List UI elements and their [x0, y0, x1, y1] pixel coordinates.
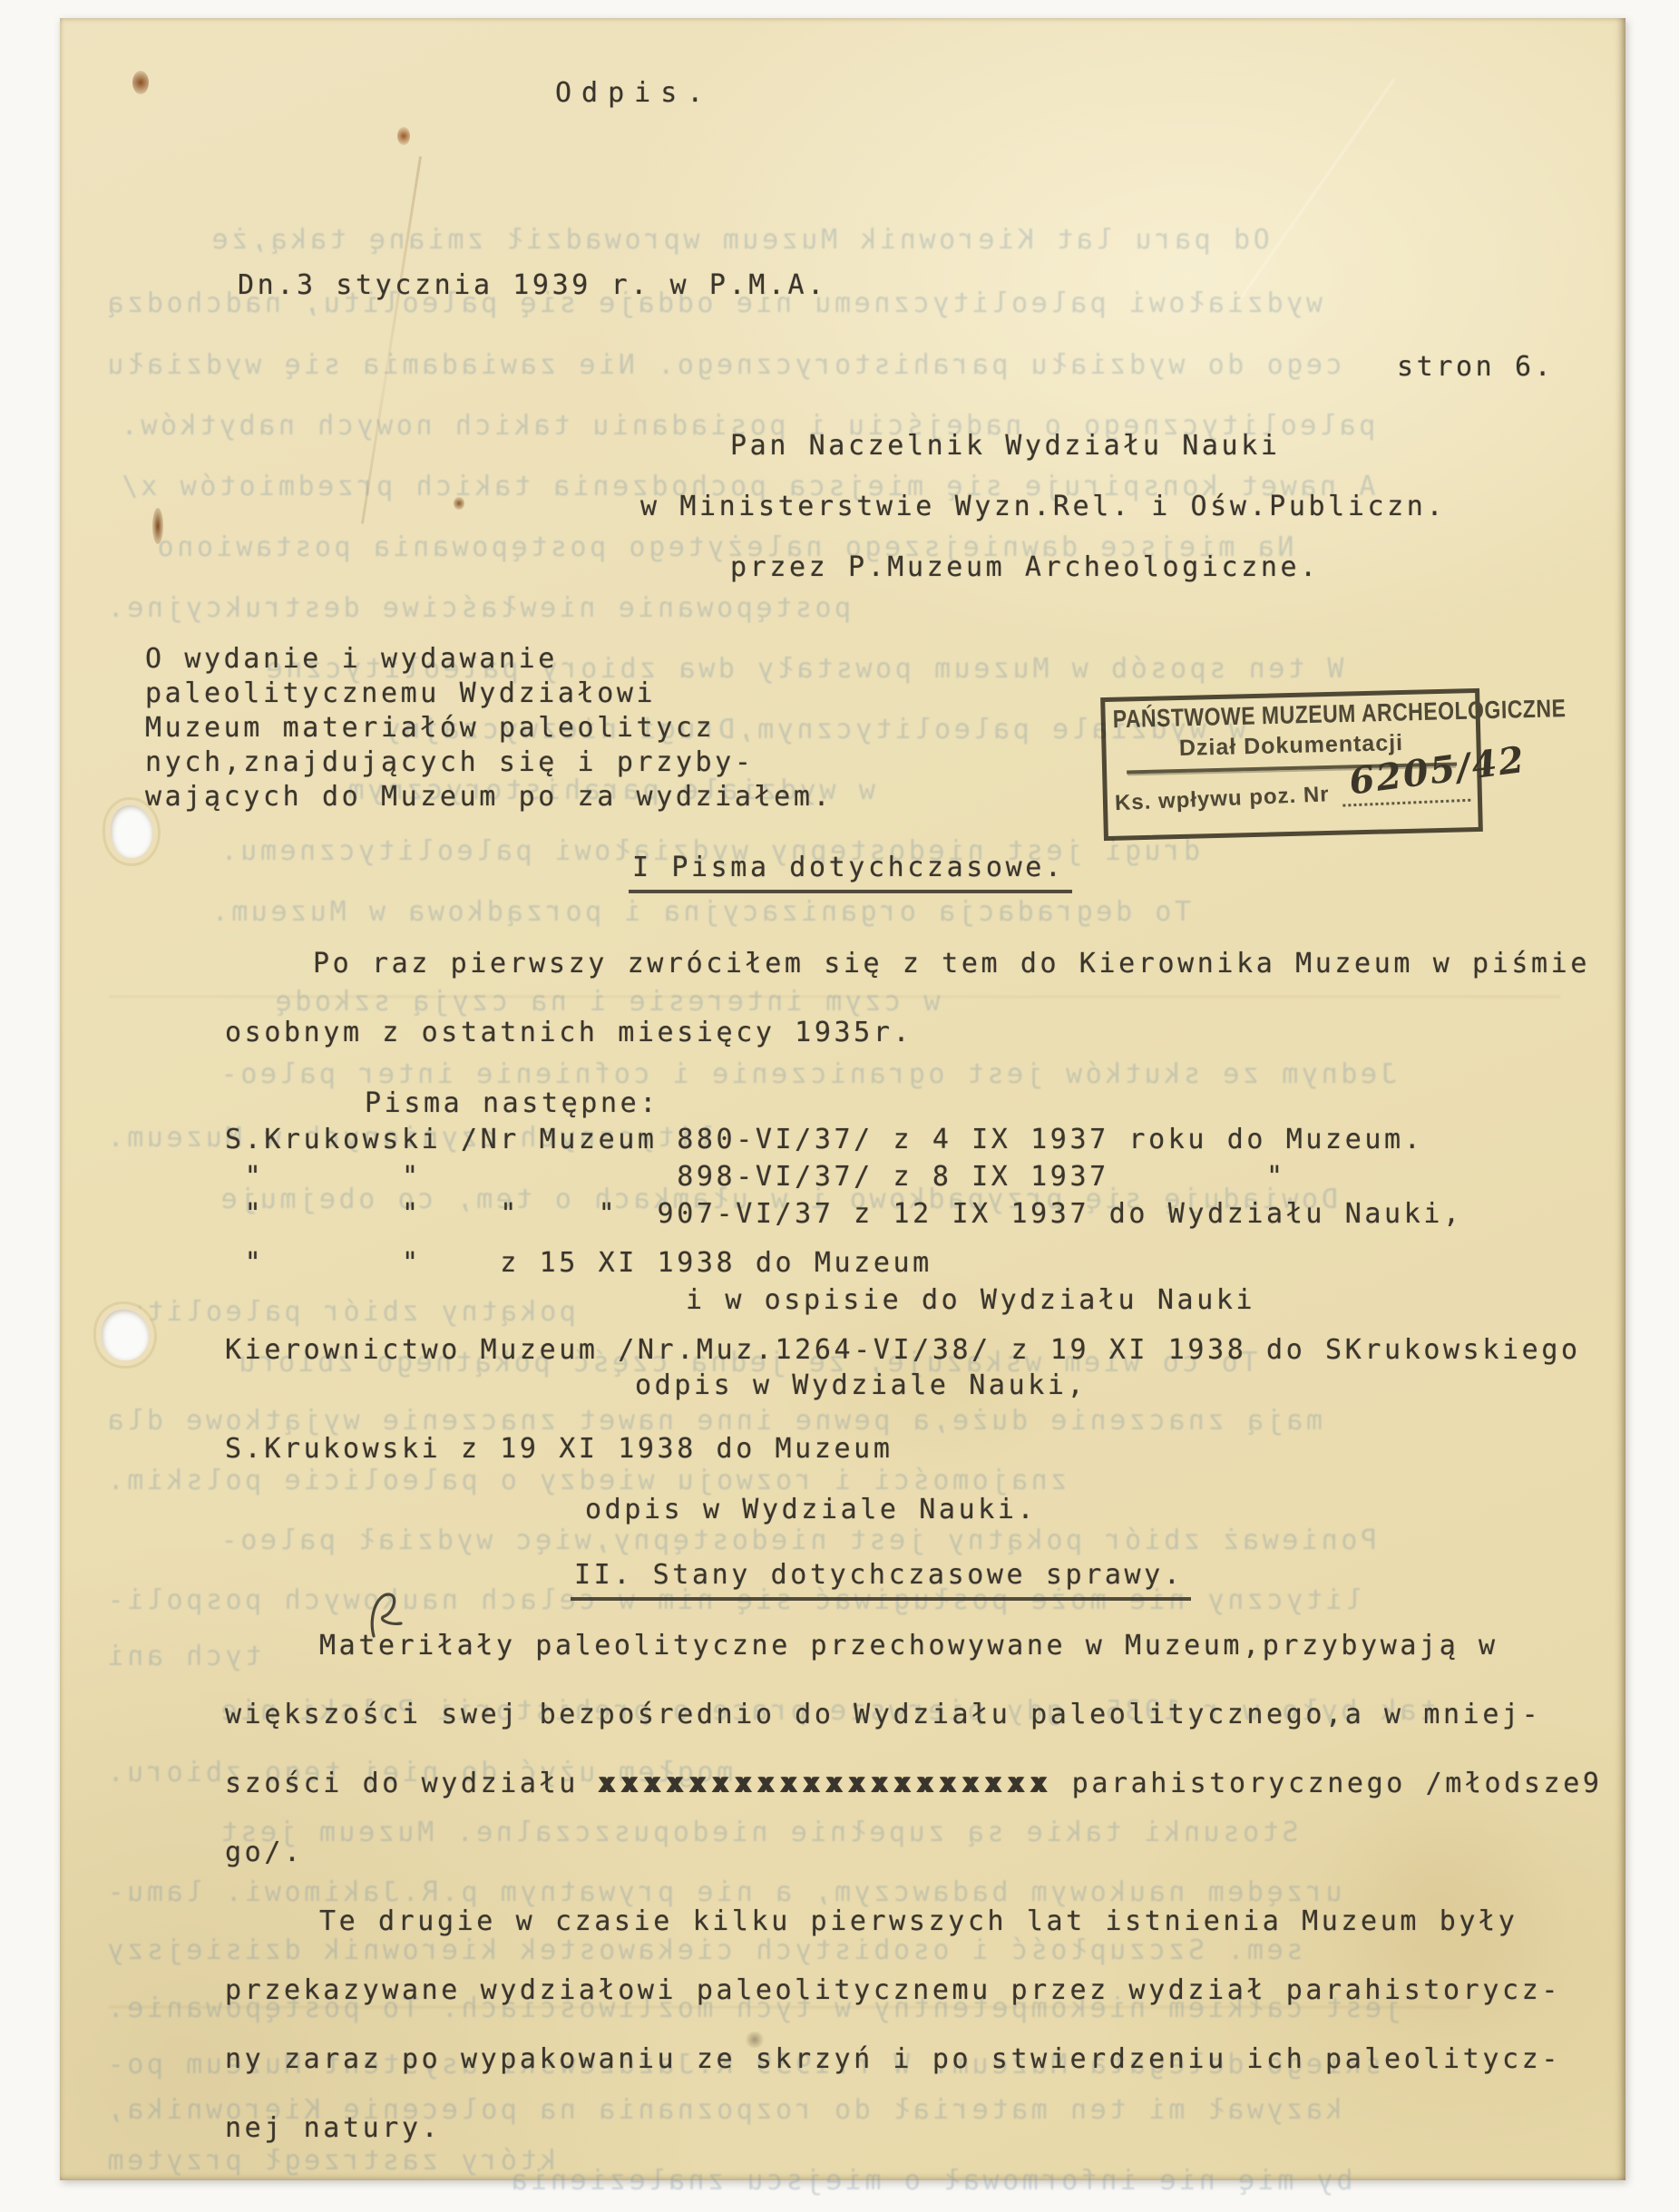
- body-line: nej natury.: [225, 2115, 441, 2142]
- body-line: odpis w Wydziale Nauki.: [585, 1496, 1037, 1524]
- bleedthrough-line: mają znaczenie duże,a pewne inne nawet z…: [104, 1408, 1323, 1435]
- addressee-line-2: w Ministerstwie Wyzn.Rel. i Ośw.Publiczn…: [640, 493, 1446, 521]
- body-line: Pisma następne:: [365, 1090, 659, 1117]
- scanned-document: Od paru lat Kierownik Muzeum wprowadził …: [0, 0, 1679, 2212]
- subject-line-1: O wydanie i wydawanie: [145, 646, 558, 673]
- bleedthrough-line: postępowanie niewłaściwe destrukcyjne.: [104, 595, 851, 622]
- addressee-line-1: Pan Naczelnik Wydziału Nauki: [730, 433, 1281, 460]
- section-heading-2: II. Stany dotychczasowe sprawy.: [571, 1562, 1191, 1601]
- punch-hole-top: [111, 805, 152, 858]
- bleedthrough-line: by mię nie informował o miejscu znalezie…: [508, 2168, 1352, 2195]
- addressee-line-3: przez P.Muzeum Archeologiczne.: [730, 554, 1320, 581]
- section-heading-1: I Pisma dotychczasowe.: [629, 854, 1072, 893]
- body-line: większości swej bezpośrednio do Wydziału…: [225, 1701, 1541, 1729]
- bleedthrough-line: Stosunki takie są zupełnie niedopuszczal…: [218, 1819, 1298, 1847]
- body-line: parahistorycznego /młodsze9: [1052, 1770, 1603, 1798]
- subject-line-3: Muzeum materiałów paleolitycz: [145, 715, 715, 742]
- body-line: szości do wydziału: [225, 1770, 599, 1798]
- bleedthrough-line: pokątny zbiór paleolitu.: [104, 1299, 576, 1326]
- bleedthrough-line: To degradacja organizacyjna i porządkowa…: [209, 899, 1191, 926]
- handwritten-correction-mark: [361, 1589, 425, 1643]
- body-line: odpis w Wydziale Nauki,: [635, 1372, 1087, 1399]
- bleedthrough-line: w czym interesie i na czyją szkodę: [272, 989, 941, 1016]
- body-line: przekazywane wydziałowi paleolitycznemu …: [225, 1977, 1561, 2004]
- page-count: stron 6.: [1397, 354, 1554, 381]
- bleedthrough-line: sem. Szczupłość i osobistych ciekawostek…: [104, 1937, 1303, 1964]
- body-line: Materiłały paleolityczne przechowywane w…: [319, 1632, 1498, 1660]
- body-line: ny zaraz po wypakowaniu ze skrzyń i po s…: [225, 2046, 1561, 2073]
- letters-list-line-1: S.Krukowski /Nr Muzeum 880-VI/37/ z 4 IX…: [225, 1126, 1423, 1154]
- punch-hole-bottom: [102, 1310, 149, 1360]
- body-line: osobnym z ostatnich miesięcy 1935r.: [225, 1019, 913, 1047]
- copy-label: Odpis.: [555, 80, 713, 107]
- stamp-entry-number-line: 6205/42: [1342, 772, 1471, 807]
- stamp-institution-name: PAŃSTWOWE MUZEUM ARCHEOLOGICZNE: [1112, 697, 1469, 735]
- body-line: go/.: [225, 1839, 304, 1866]
- body-line: Kierownictwo Muzeum /Nr.Muz.1264-VI/38/ …: [225, 1337, 1581, 1364]
- bleedthrough-line: Ponieważ zbiór pokątny jest niedostępny,…: [218, 1527, 1377, 1554]
- bleedthrough-line: znajomości i rozwoju wiedzy o paleolicie…: [104, 1467, 1067, 1495]
- bleedthrough-line: tych ani: [104, 1643, 261, 1671]
- letters-list-line-5: i w ospisie do Wydziału Nauki: [686, 1287, 1255, 1314]
- bleedthrough-line: który zastrzegł przytem: [104, 2148, 556, 2175]
- stamp-entry-label: Ks. wpływu poz. Nr: [1114, 782, 1330, 816]
- body-line: Po raz pierwszy zwróciłem się z tem do K…: [313, 950, 1590, 978]
- body-line: Te drugie w czasie kilku pierwszych lat …: [319, 1908, 1518, 1935]
- bleedthrough-line: urzędem naukowym badawczym, a nie prywat…: [104, 1879, 1342, 1906]
- bleedthrough-line: Od paru lat Kierownik Muzeum wprowadził …: [209, 227, 1270, 254]
- body-line: S.Krukowski z 19 XI 1938 do Muzeum: [225, 1436, 893, 1463]
- bleedthrough-line: cego do wydziału parahistorycznego. Nie …: [104, 352, 1342, 379]
- subject-line-2: paleolitycznemu Wydziałowi: [145, 680, 656, 707]
- date-line: Dn.3 stycznia 1939 r. w P.M.A.: [238, 272, 827, 299]
- subject-line-4: nych,znajdujących się i przyby-: [145, 749, 755, 776]
- subject-line-5: wających do Muzeum po za wydziałem.: [145, 784, 833, 811]
- letters-list-line-4: " " z 15 XI 1938 do Muzeum: [225, 1250, 932, 1277]
- crossed-out-text: xxxxxxxxxxxxxxxxxxxx: [599, 1770, 1053, 1798]
- museum-stamp: PAŃSTWOWE MUZEUM ARCHEOLOGICZNE Dział Do…: [1100, 688, 1483, 841]
- bleedthrough-line: Jednym ze skutków jest ograniczenie i co…: [218, 1061, 1397, 1088]
- letters-list-line-3: " " " " 907-VI/37 z 12 IX 1937 do Wydzia…: [225, 1201, 1463, 1228]
- letters-list-line-2: " " 898-VI/37/ z 8 IX 1937 ": [225, 1164, 1286, 1191]
